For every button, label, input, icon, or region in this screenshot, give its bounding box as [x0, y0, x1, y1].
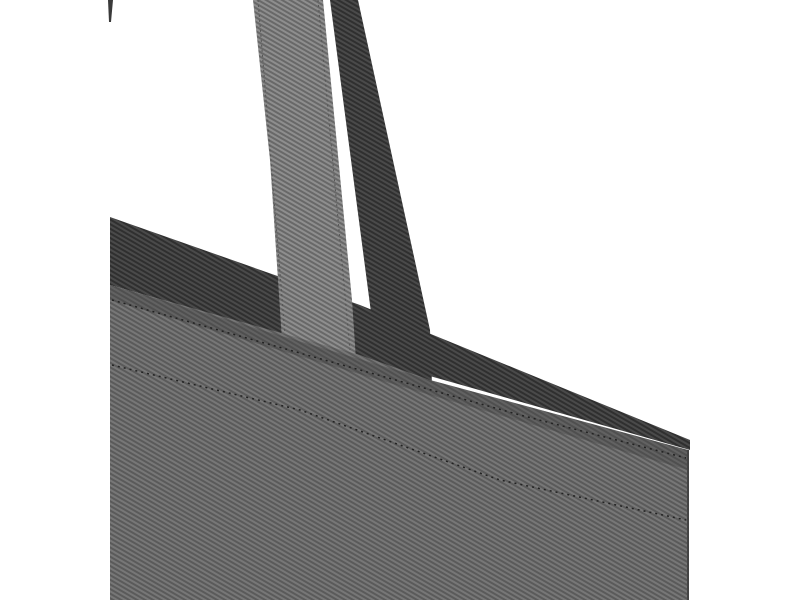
tote-bag-photo — [0, 0, 800, 600]
